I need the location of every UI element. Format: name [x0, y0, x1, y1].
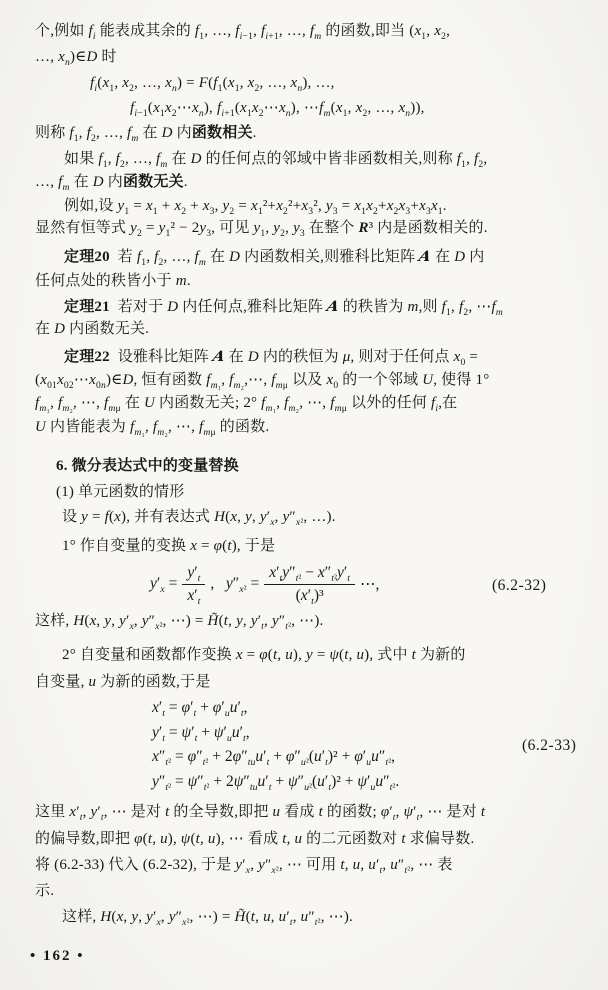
text-line: 自变量, u 为新的函数,于是: [35, 673, 211, 692]
text-line: 个,例如 fi 能表成其余的 f1, …, fi−1, fi+1, …, fm …: [35, 22, 450, 41]
text-line: 这样, H(x, y, y′x, y″x², ⋯) = H̃(t, u, u′t…: [62, 908, 353, 927]
text-line: …, xn)∈D 时: [35, 48, 117, 67]
fraction-numerator: y′t: [182, 564, 205, 585]
text-line: 例如,设 y1 = x1 + x2 + x3, y2 = x1²+x2²+x3²…: [64, 197, 447, 216]
text-line: 则称 f1, f2, …, fm 在 D 内函数相关.: [35, 124, 257, 143]
fraction: y′t x′t: [182, 564, 205, 605]
book-page: 个,例如 fi 能表成其余的 f1, …, fi−1, fi+1, …, fm …: [0, 0, 608, 990]
text-line: …, fm 在 D 内函数无关.: [35, 173, 188, 192]
text-line: 示.: [35, 882, 54, 901]
formula-line: fi(x1, x2, …, xn) = F(f1(x1, x2, …, xn),…: [90, 74, 335, 93]
equation-row: x″t² = φ″t² + 2φ″tuu′t + φ″u²(u′t)² + φ′…: [152, 748, 399, 773]
text-line: 2° 自变量和函数都作变换 x = φ(t, u), y = ψ(t, u), …: [62, 646, 466, 665]
equation-number-6-2-32: (6.2-32): [492, 577, 546, 595]
text-line: 这里 x′t, y′t, ⋯ 是对 t 的全导数,即把 u 看成 t 的函数; …: [35, 803, 485, 822]
page-number: • 162 •: [30, 948, 85, 965]
formula-line: fi−1(x1x2⋯xn), fi+1(x1x2⋯xn), ⋯fm(x1, x2…: [130, 99, 425, 118]
text-line: 这样, H(x, y, y′x, y″x², ⋯) = H̃(t, y, y′t…: [35, 612, 323, 631]
fraction-numerator: x′ty″t² − x″t²y′t: [264, 564, 355, 585]
text-line: U 内皆能表为 fm₁, fm₂, ⋯, fmμ 的函数.: [35, 418, 269, 437]
text-line: 在 D 内函数无关.: [35, 320, 149, 339]
fraction-denominator: x′t: [182, 585, 205, 605]
equation-term: y′x =: [150, 575, 177, 593]
display-equation-6-2-32: y′x = y′t x′t , y″x² = x′ty″t² − x″t²y′t…: [150, 560, 379, 608]
text-line: 将 (6.2-33) 代入 (6.2-32), 于是 y′x, y″x², ⋯ …: [35, 856, 453, 875]
fraction: x′ty″t² − x″t²y′t (x′t)³: [264, 564, 355, 605]
equation-term: , y″x² =: [210, 575, 259, 593]
theorem-22-start-line: 定理22 设雅科比矩阵 A 在 D 内的秩恒为 μ, 则对于任何点 x0 =: [64, 347, 478, 367]
text-line: 的偏导数,即把 φ(t, u), ψ(t, u), ⋯ 看成 t, u 的二元函…: [35, 830, 474, 849]
section-6-heading: 6. 微分表达式中的变量替换: [56, 457, 239, 476]
equation-row: y″t² = ψ″t² + 2ψ″tuu′t + ψ″u²(u′t)² + ψ′…: [152, 773, 399, 798]
equation-term: ⋯,: [360, 575, 379, 594]
text-line: 设 y = f(x), 并有表达式 H(x, y, y′x, y″x², …).: [62, 508, 336, 527]
text-line: 任何点处的秩皆小于 m.: [35, 272, 191, 291]
text-line: 1° 作自变量的变换 x = φ(t), 于是: [62, 537, 275, 556]
text-line: 如果 f1, f2, …, fm 在 D 的任何点的邻域中皆非函数相关,则称 f…: [64, 150, 487, 169]
equation-row: y′t = ψ′t + ψ′uu′t,: [152, 724, 399, 749]
display-equation-6-2-33: x′t = φ′t + φ′uu′t, y′t = ψ′t + ψ′uu′t, …: [152, 699, 399, 797]
subsection-1-heading: (1) 单元函数的情形: [56, 483, 184, 502]
equation-row: x′t = φ′t + φ′uu′t,: [152, 699, 399, 724]
text-line: 显然有恒等式 y2 = y1² − 2y3, 可见 y1, y2, y3 在整个…: [35, 219, 488, 238]
fraction-denominator: (x′t)³: [264, 585, 355, 605]
theorem-20-start-line: 定理20 若 f1, f2, …, fm 在 D 内函数相关,则雅科比矩阵 A …: [64, 247, 484, 267]
text-line: fm₁, fm₂, ⋯, fmμ 在 U 内函数无关; 2° fm₁, fm₂,…: [35, 394, 457, 413]
theorem-21-start-line: 定理21 若对于 D 内任何点,雅科比矩阵 A 的秩皆为 m,则 f1, f2,…: [64, 297, 503, 317]
text-line: (x01x02⋯x0n)∈D, 恒有函数 fm₁, fm₂,⋯, fmμ 以及 …: [35, 371, 489, 390]
equation-number-6-2-33: (6.2-33): [522, 737, 576, 755]
